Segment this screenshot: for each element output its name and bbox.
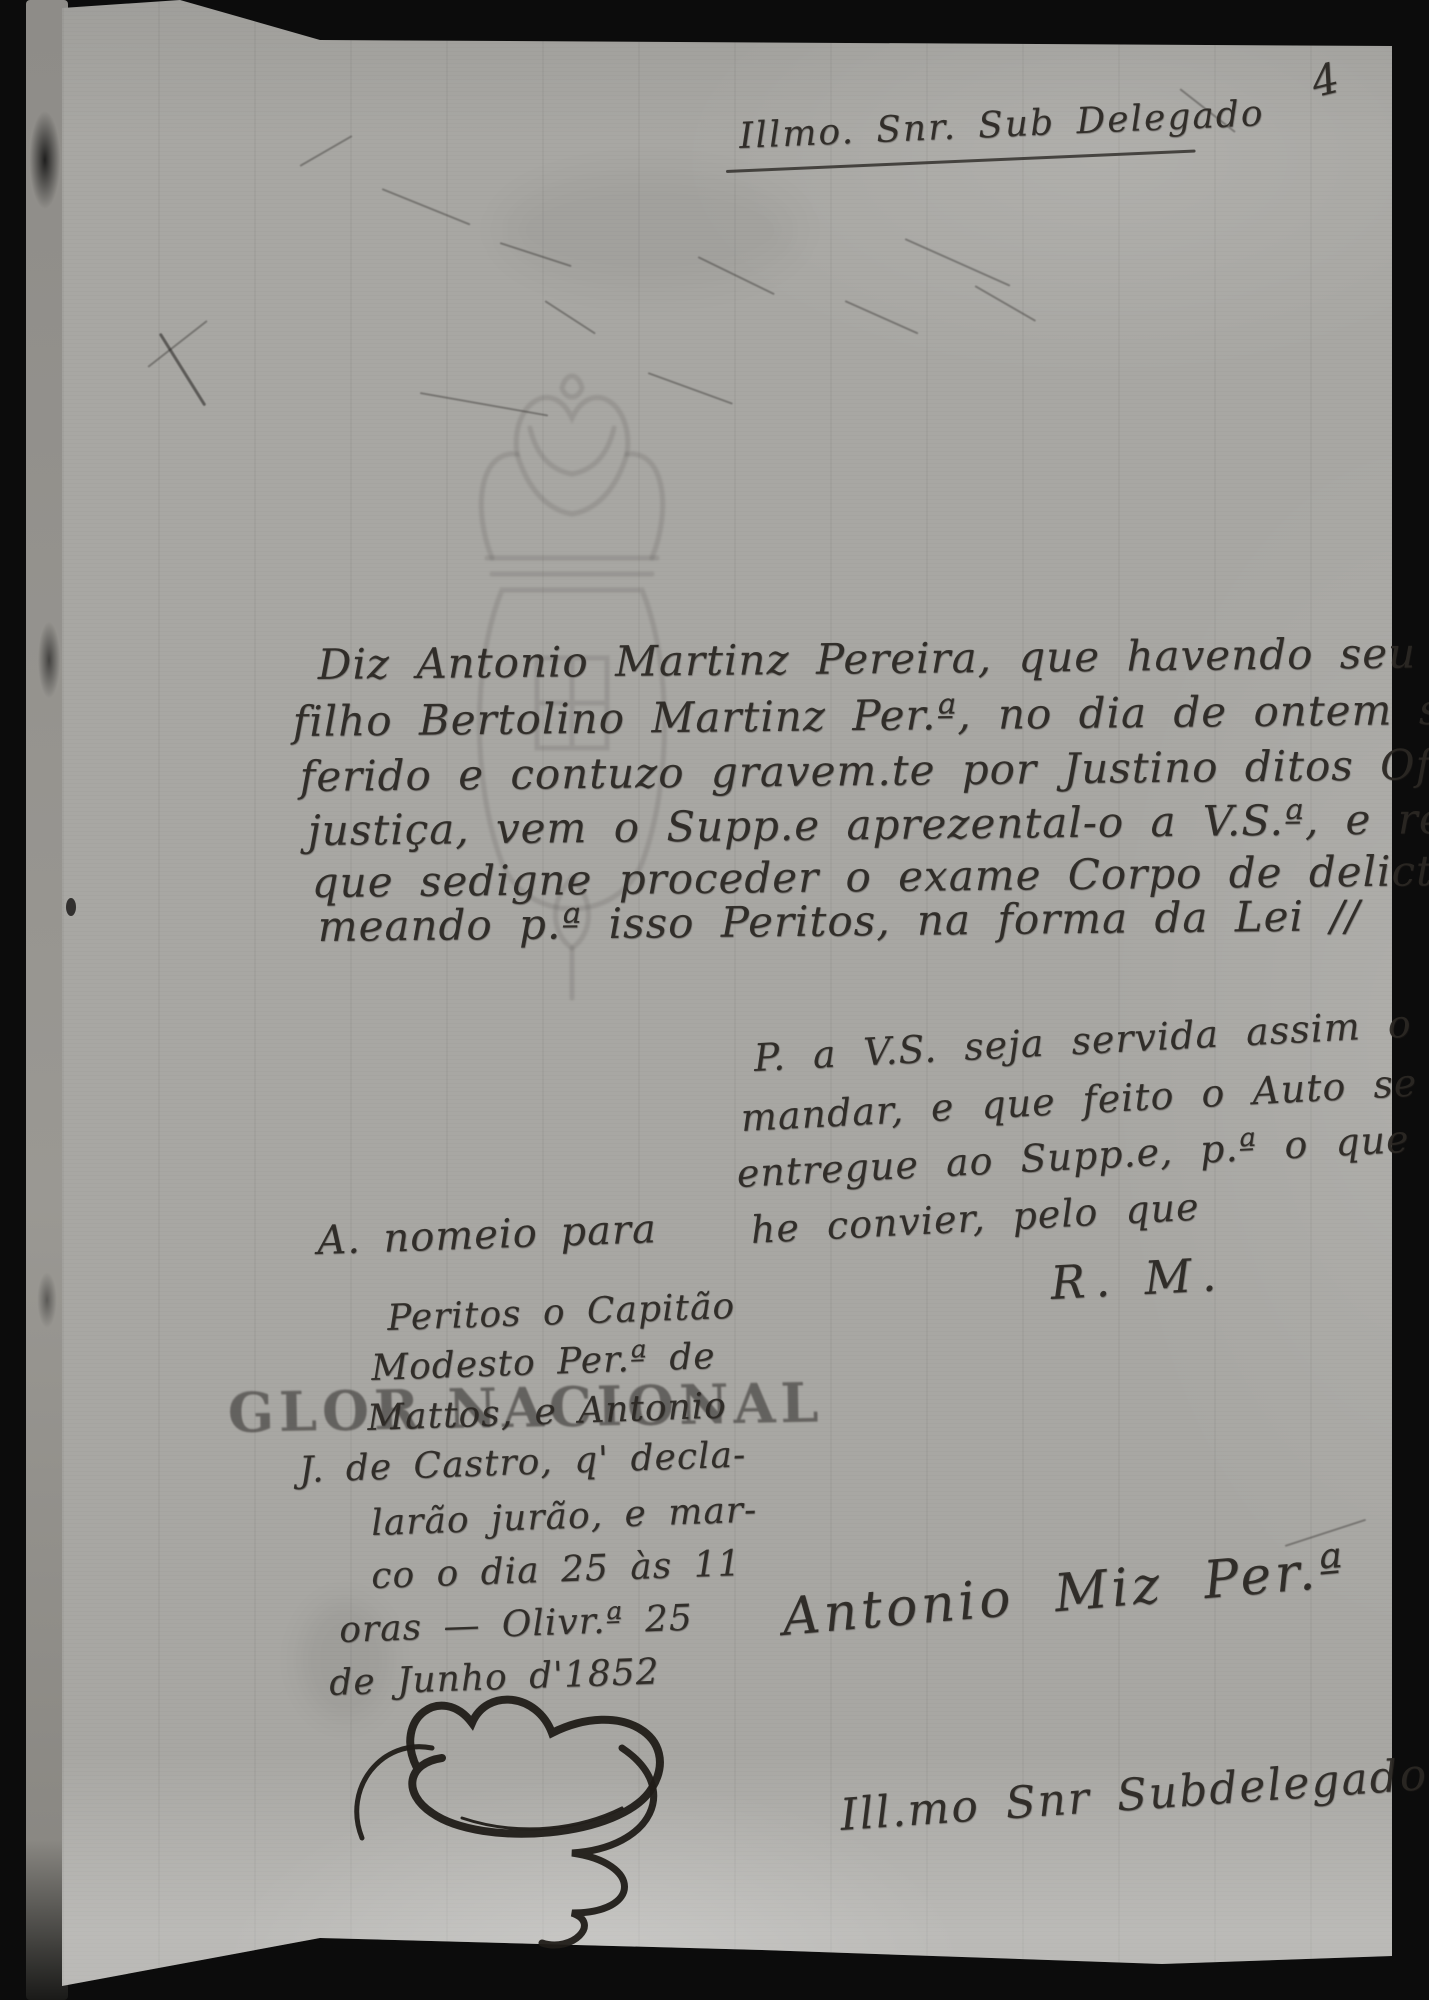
ink-blot (66, 898, 76, 916)
paper-sheet (62, 0, 1392, 1992)
subdelegate-rubric-flourish (322, 1678, 692, 1963)
scanned-manuscript-page: GLOR NACIONAL 4 Illmo. Snr. Sub Delegado… (0, 0, 1429, 2000)
page-gutter-edge (26, 0, 68, 2000)
courtesy-formula: R. M. (1049, 1247, 1227, 1310)
